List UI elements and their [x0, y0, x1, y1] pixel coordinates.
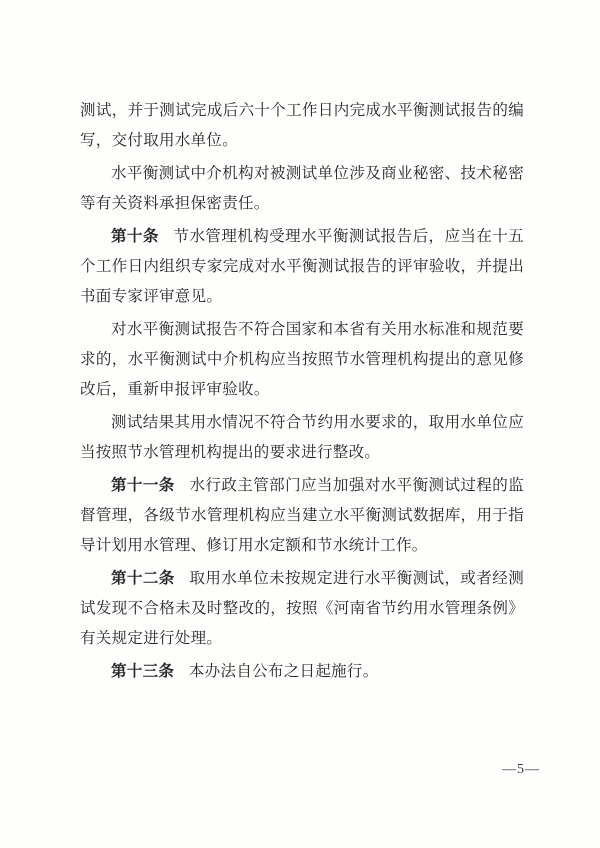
para-article-11: 第十一条水行政主管部门应当加强对水平衡测试过程的监督管理，各级节水管理机构应当建… — [80, 471, 524, 561]
paragraph-text: 本办法自公布之日起施行。 — [189, 663, 379, 680]
paragraph-text: 测试结果其用水情况不符合节约用水要求的，取用水单位应当按照节水管理机构提出的要求… — [80, 414, 524, 461]
paragraph-text: 测试，并于测试完成后六十个工作日内完成水平衡测试报告的编写，交付取用水单位。 — [80, 102, 524, 149]
para-report-nonconformance: 对水平衡测试报告不符合国家和本省有关用水标准和规范要求的，水平衡测试中介机构应当… — [80, 315, 524, 405]
para-article-10: 第十条节水管理机构受理水平衡测试报告后，应当在十五个工作日内组织专家完成对水平衡… — [80, 222, 524, 312]
article-10-label: 第十条 — [111, 228, 159, 245]
page-number: —5— — [502, 762, 540, 778]
para-confidentiality: 水平衡测试中介机构对被测试单位涉及商业秘密、技术秘密等有关资料承担保密责任。 — [80, 159, 524, 219]
para-article-13: 第十三条本办法自公布之日起施行。 — [80, 657, 524, 687]
article-11-label: 第十一条 — [111, 477, 175, 494]
paragraph-text: 水平衡测试中介机构对被测试单位涉及商业秘密、技术秘密等有关资料承担保密责任。 — [80, 165, 524, 212]
article-13-label: 第十三条 — [111, 663, 174, 680]
document-body: 测试，并于测试完成后六十个工作日内完成水平衡测试报告的编写，交付取用水单位。 水… — [80, 96, 524, 690]
paragraph-text: 对水平衡测试报告不符合国家和本省有关用水标准和规范要求的，水平衡测试中介机构应当… — [80, 321, 524, 398]
scanned-document-page: 测试，并于测试完成后六十个工作日内完成水平衡测试报告的编写，交付取用水单位。 水… — [0, 0, 600, 848]
para-continuation: 测试，并于测试完成后六十个工作日内完成水平衡测试报告的编写，交付取用水单位。 — [80, 96, 524, 156]
para-article-12: 第十二条取用水单位未按规定进行水平衡测试，或者经测试发现不合格未及时整改的，按照… — [80, 564, 524, 654]
article-12-label: 第十二条 — [111, 570, 175, 587]
para-rectification: 测试结果其用水情况不符合节约用水要求的，取用水单位应当按照节水管理机构提出的要求… — [80, 408, 524, 468]
